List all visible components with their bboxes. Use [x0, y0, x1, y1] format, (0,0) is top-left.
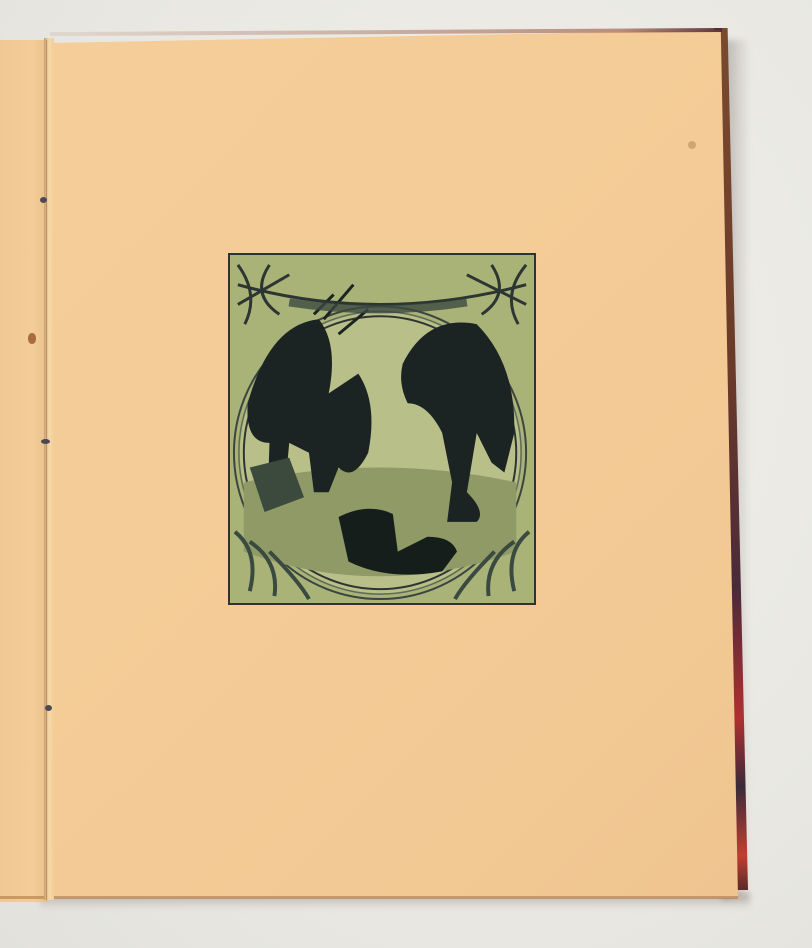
binding-stitch [41, 439, 50, 444]
left-page [0, 40, 48, 902]
paper-stain [28, 333, 36, 344]
binding-stitch [40, 197, 47, 203]
page-bottom-edge [0, 896, 738, 899]
gutter-fold-line [46, 40, 47, 900]
paper-spot [688, 141, 696, 149]
binding-stitch [45, 705, 52, 711]
vignette-illustration [228, 253, 536, 605]
landscape-engraving-icon [230, 255, 534, 603]
